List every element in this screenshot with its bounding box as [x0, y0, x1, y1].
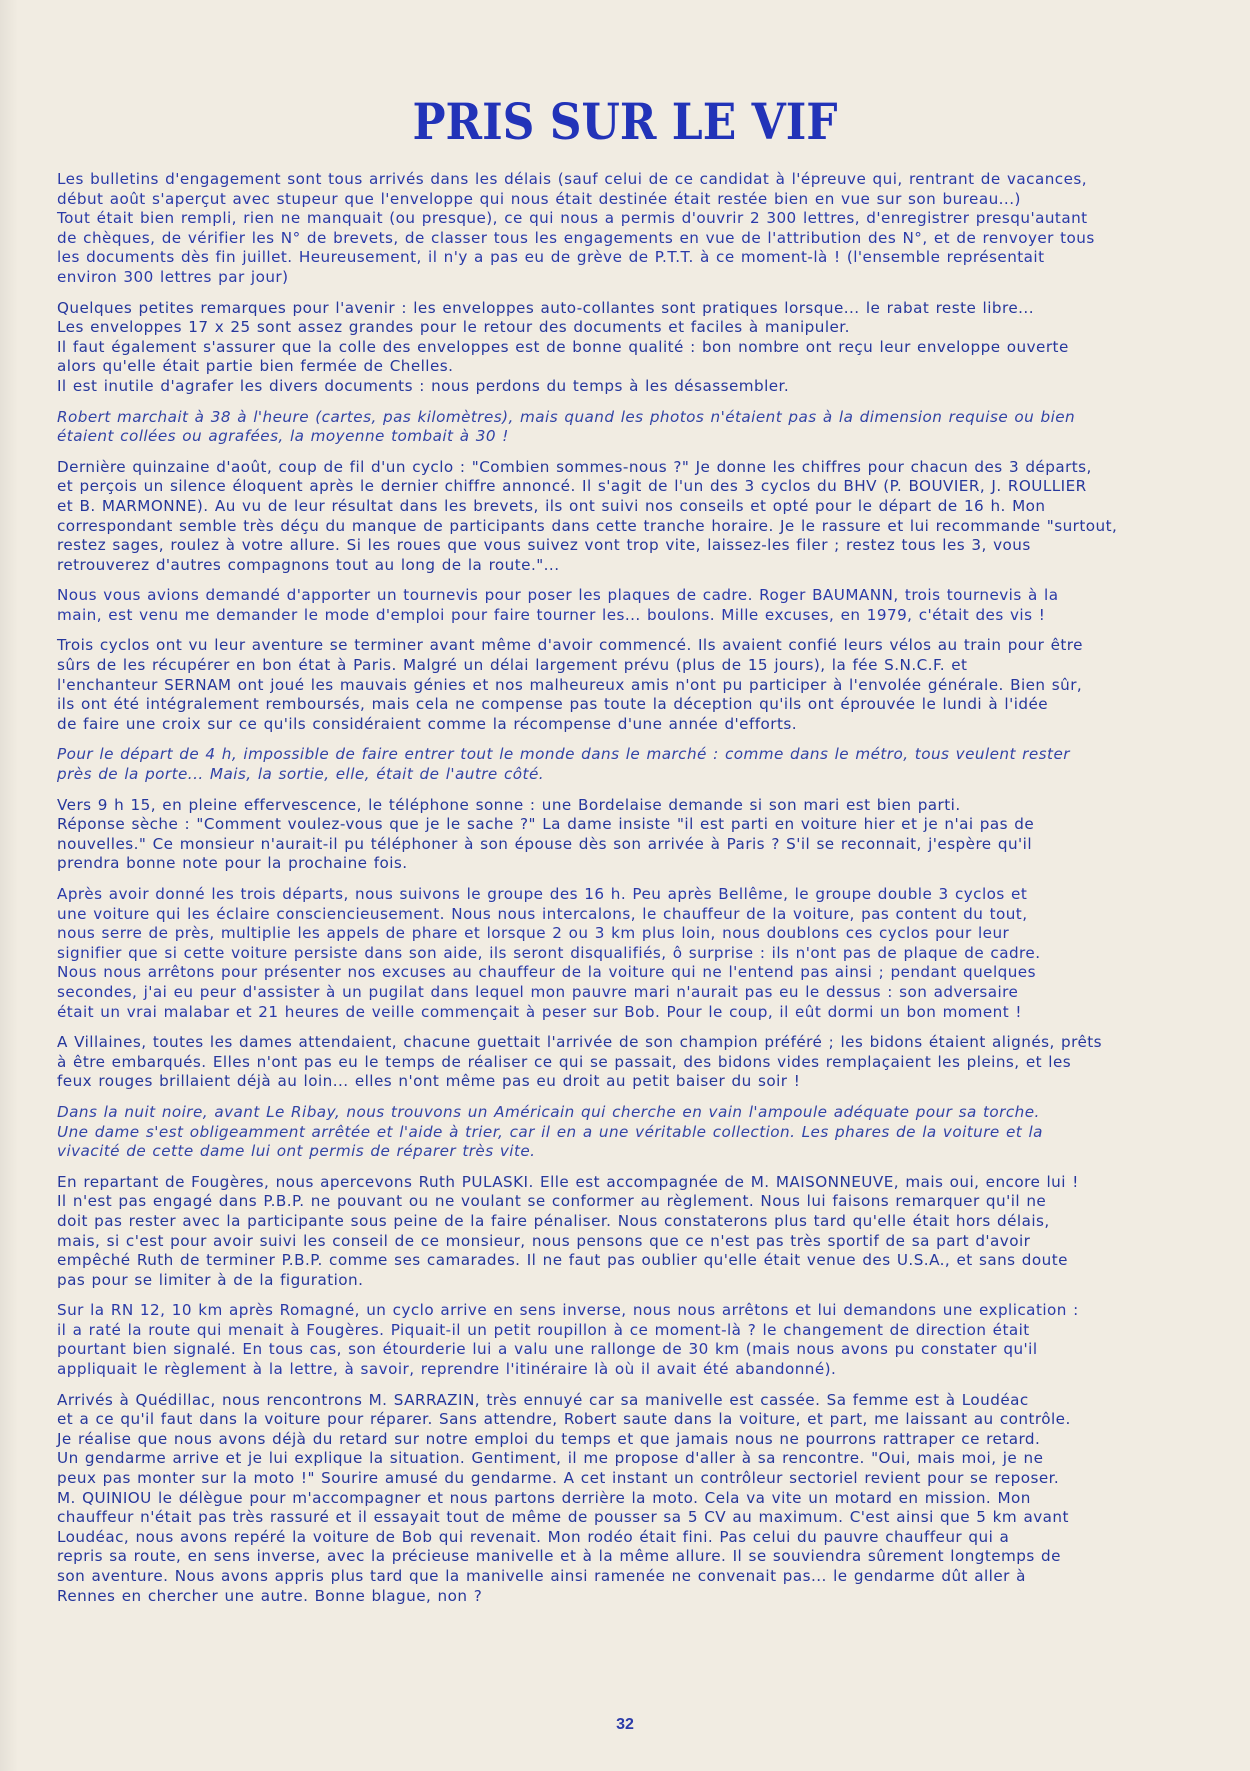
anecdote-italic-paragraph: Robert marchait à 38 à l'heure (cartes, … [57, 408, 1207, 447]
article-paragraph: Après avoir donné les trois départs, nou… [57, 885, 1207, 1022]
article-paragraph: Nous vous avions demandé d'apporter un t… [57, 586, 1207, 625]
anecdote-italic-paragraph: Pour le départ de 4 h, impossible de fai… [57, 745, 1207, 784]
article-paragraph: A Villaines, toutes les dames attendaien… [57, 1033, 1207, 1092]
page-number: 32 [0, 1716, 1250, 1734]
article-paragraph: Dernière quinzaine d'août, coup de fil d… [57, 458, 1207, 576]
article-paragraph: En repartant de Fougères, nous apercevon… [57, 1173, 1207, 1291]
article-body: Les bulletins d'engagement sont tous arr… [57, 170, 1207, 1617]
article-paragraph: Quelques petites remarques pour l'avenir… [57, 299, 1207, 397]
magazine-page: PRIS SUR LE VIF Les bulletins d'engageme… [0, 0, 1250, 1771]
anecdote-italic-paragraph: Dans la nuit noire, avant Le Ribay, nous… [57, 1103, 1207, 1162]
article-paragraph: Les bulletins d'engagement sont tous arr… [57, 170, 1207, 288]
page-title: PRIS SUR LE VIF [75, 92, 1175, 151]
article-paragraph: Arrivés à Quédillac, nous rencontrons M.… [57, 1391, 1207, 1607]
article-paragraph: Trois cyclos ont vu leur aventure se ter… [57, 636, 1207, 734]
article-paragraph: Vers 9 h 15, en pleine effervescence, le… [57, 796, 1207, 874]
article-paragraph: Sur la RN 12, 10 km après Romagné, un cy… [57, 1301, 1207, 1379]
